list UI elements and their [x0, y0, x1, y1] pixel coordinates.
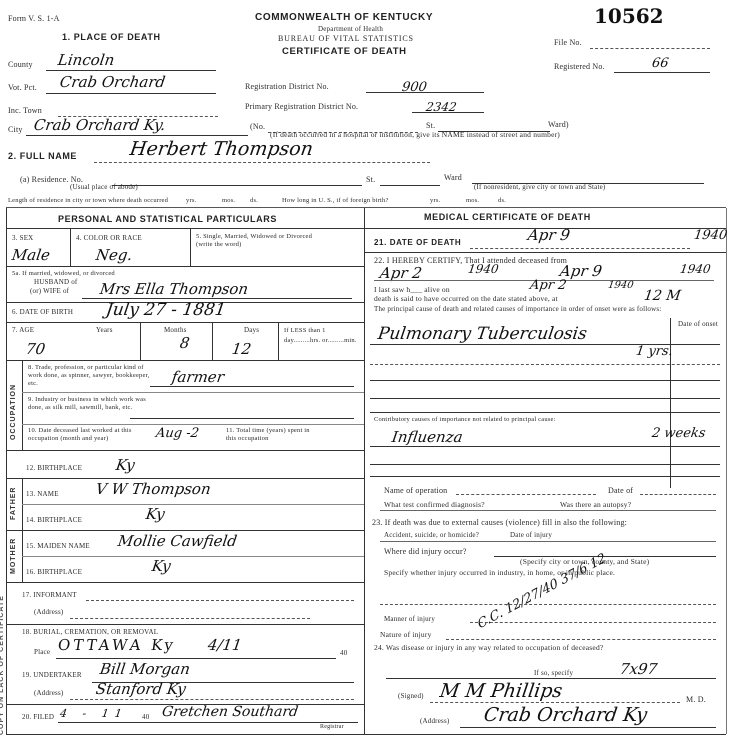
age-divider-3 [278, 322, 279, 360]
registration-district-value: 900 [401, 80, 428, 95]
length-yrs-label: yrs. [186, 197, 196, 204]
sex-label: 3. SEX [12, 234, 33, 242]
occupation-9-label: 9. Industry or business in which work wa… [28, 396, 158, 412]
occupation-8-value: farmer [171, 368, 225, 386]
spouse-label-3: (or) WIFE of [30, 287, 69, 295]
vot-pct-value: Crab Orchard [59, 73, 167, 91]
father-birthplace-value: Ky [145, 505, 166, 523]
birthplace-value: Ky [115, 456, 136, 474]
certificate-title: CERTIFICATE OF DEATH [282, 46, 407, 57]
if-so-line [386, 678, 716, 679]
mother-birthplace-value: Ky [151, 557, 172, 575]
accident-line [380, 541, 716, 542]
county-value: Lincoln [57, 51, 116, 69]
father-name-label: 13. NAME [26, 490, 59, 498]
manner-label: Manner of injury [384, 615, 435, 623]
registrar-label: Registrar [320, 724, 344, 730]
signed-label: (Signed) [398, 692, 424, 700]
burial-place-value: OTTAWA Ky [57, 636, 178, 654]
father-side-label: FATHER [10, 487, 17, 520]
row-rule-8 [6, 582, 364, 583]
row-rule-3 [6, 322, 364, 323]
age-divider-2 [212, 322, 213, 360]
file-no-field [590, 48, 710, 49]
accident-label: Accident, suicide, or homicide? [384, 531, 479, 539]
color-marital-divider [190, 228, 191, 266]
row-rule-7 [6, 530, 364, 531]
if-so-value: 7x97 [619, 660, 659, 678]
length-residence-label: Length of residence in city or town wher… [8, 197, 168, 204]
city-value: Crab Orchard Ky. [33, 116, 167, 134]
spouse-label-2: HUSBAND of [34, 278, 77, 286]
informant-label: 17. INFORMANT [22, 591, 77, 599]
length-ds-label: ds. [250, 197, 258, 204]
residence-line [112, 185, 362, 186]
occupation-11-label: 11. Total time (years) spent in this occ… [226, 427, 316, 443]
occupation-side-label: OCCUPATION [10, 384, 17, 440]
public-place-line [380, 604, 716, 605]
dob-label: 6. DATE OF BIRTH [12, 308, 73, 316]
principal-cause-label: The principal cause of death and related… [374, 305, 700, 313]
right-border [726, 208, 727, 734]
spouse-line [82, 298, 352, 299]
place-of-death-heading: 1. PLACE OF DEATH [62, 32, 161, 42]
color-value: Neg. [95, 246, 134, 264]
personal-section-title: PERSONAL AND STATISTICAL PARTICULARS [58, 214, 277, 224]
confirmed-label: What test confirmed diagnosis? [384, 500, 485, 509]
medical-rule-1 [364, 252, 726, 253]
certificate-number: 10562 [594, 4, 664, 28]
physician-address-label: (Address) [420, 717, 449, 725]
contributory-label: Contributory causes of importance not re… [374, 416, 654, 424]
us-ds-label: ds. [498, 197, 506, 204]
attended-to-year: 1940 [679, 262, 712, 276]
residence-nonresident-note: (If nonresident, give city or town and S… [474, 183, 605, 191]
residence-st-line [380, 185, 440, 186]
occupation-side-divider [22, 360, 23, 450]
bureau-name: BUREAU OF VITAL STATISTICS [278, 34, 414, 43]
filed-value: 4 - 11 [59, 707, 129, 720]
burial-year: 40 [340, 649, 347, 657]
margin-note: COPY ON LACK OF CERTIFICATE [0, 595, 5, 735]
city-label: City [8, 125, 23, 134]
primary-registration-value: 2342 [425, 100, 458, 114]
occupation-related-label: 24. Was disease or injury in any way rel… [374, 643, 603, 652]
father-name-value: V W Thompson [95, 480, 212, 498]
center-divider [364, 208, 365, 734]
occupation-8-line [150, 386, 354, 387]
occupation-rule-2 [22, 424, 364, 425]
confirmed-line [380, 510, 716, 511]
sex-color-divider [70, 228, 71, 266]
cause-line-4 [370, 398, 720, 399]
father-rule [22, 504, 364, 505]
left-border [6, 208, 7, 734]
if-so-label: If so, specify [534, 669, 573, 677]
age-months-label: Months [164, 326, 187, 334]
undertaker-address-line [70, 699, 354, 700]
residence-st-label: St. [366, 175, 375, 184]
undertaker-value: Bill Morgan [99, 660, 191, 678]
mother-maiden-value: Mollie Cawfield [117, 532, 238, 550]
cause-line-2 [370, 364, 720, 365]
informant-address-line [70, 618, 310, 619]
registration-district-label: Registration District No. [245, 82, 329, 91]
age-years-label: Years [96, 326, 113, 334]
cause-line-3 [370, 380, 720, 381]
contributory-line-2 [370, 464, 720, 465]
city-line [26, 135, 248, 136]
filed-line [58, 722, 358, 723]
signed-value: M M Phillips [438, 680, 563, 702]
burial-date-value: 4/11 [207, 636, 243, 654]
death-time-value: 12 M [643, 288, 682, 304]
ward-label: Ward) [548, 120, 569, 129]
date-of-onset-label: Date of onset [676, 320, 720, 328]
occupation-9-line [130, 418, 354, 419]
manner-line [470, 622, 716, 623]
contributory-line-1 [370, 446, 720, 447]
contributory-line-3 [370, 476, 720, 477]
us-yrs-label: yrs. [430, 197, 440, 204]
attended-from-year: 1940 [467, 262, 500, 276]
age-days-label: Days [244, 326, 259, 334]
age-years-value: 70 [25, 340, 47, 358]
registered-no-label: Registered No. [554, 62, 605, 71]
occupation-10-value: Aug -2 [155, 426, 200, 441]
spouse-label-1: 5a. If married, widowed, or divorced [12, 270, 115, 277]
primary-registration-label: Primary Registration District No. [245, 102, 358, 111]
onset-line-1 [670, 344, 720, 345]
marital-label: 5. Single, Married, Widowed or Divorced … [196, 233, 316, 249]
where-injury-label: Where did injury occur? [384, 547, 467, 556]
registered-no-line [614, 72, 710, 73]
occupation-8-label: 8. Trade, profession, or particular kind… [28, 364, 158, 388]
commonwealth-title: COMMONWEALTH OF KENTUCKY [255, 12, 433, 23]
form-number: Form V. S. 1-A [8, 14, 60, 23]
mother-maiden-label: 15. MAIDEN NAME [26, 542, 90, 550]
mother-birthplace-label: 16. BIRTHPLACE [26, 568, 82, 576]
county-label: County [8, 60, 33, 69]
department-name: Department of Health [318, 25, 383, 33]
mother-side-label: MOTHER [10, 538, 17, 574]
personal-title-rule [6, 228, 364, 229]
autopsy-label: Was there an autopsy? [560, 500, 631, 509]
row-rule-9 [6, 624, 364, 625]
length-mos-label: mos. [222, 197, 235, 204]
spouse-value: Mrs Ella Thompson [99, 280, 250, 298]
operation-line [456, 494, 596, 495]
father-birthplace-label: 14. BIRTHPLACE [26, 516, 82, 524]
full-name-value: Herbert Thompson [128, 138, 314, 160]
dob-value: July 27 - 1881 [105, 300, 227, 320]
contributory-onset: 2 weeks [651, 426, 707, 441]
residence-ward-label: Ward [444, 173, 462, 182]
row-rule-5 [6, 450, 364, 451]
full-name-label: 2. FULL NAME [8, 151, 77, 161]
age-label: 7. AGE [12, 326, 34, 334]
mother-rule [22, 556, 364, 557]
vot-pct-label: Vot. Pct. [8, 83, 37, 92]
registrar-signature: Gretchen Southard [161, 704, 299, 720]
medical-section-title: MEDICAL CERTIFICATE OF DEATH [424, 212, 591, 222]
nature-label: Nature of injury [380, 630, 432, 639]
principal-cause-onset: 1 yrs. [635, 344, 674, 359]
us-mos-label: mos. [466, 197, 479, 204]
operation-date-line [640, 494, 716, 495]
physician-address-line [460, 727, 716, 728]
bottom-border [6, 734, 726, 735]
less-than-day-label: If LESS than 1 day.........hrs. or......… [284, 326, 360, 346]
row-rule-6 [6, 478, 364, 479]
operation-date-label: Date of [608, 486, 633, 495]
burial-label: 18. BURIAL, CREMATION, OR REMOVAL [22, 628, 158, 636]
death-said-label: death is said to have occurred on the da… [374, 294, 636, 303]
age-divider-1 [140, 322, 141, 360]
street-label: St. [426, 121, 435, 130]
last-saw-label: I last saw h___ alive on [374, 285, 450, 294]
contributory-value: Influenza [391, 428, 464, 446]
age-months-value: 8 [179, 334, 191, 352]
vot-pct-line [46, 93, 216, 94]
principal-cause-value: Pulmonary Tuberculosis [377, 324, 589, 344]
county-line [46, 70, 216, 71]
undertaker-label: 19. UNDERTAKER [22, 671, 82, 679]
burial-line [56, 658, 336, 659]
full-name-line [94, 162, 430, 163]
registered-no-value: 66 [651, 56, 670, 71]
date-of-death-line [470, 248, 690, 249]
filed-label: 20. FILED [22, 713, 54, 721]
undertaker-address-value: Stanford Ky [95, 680, 187, 698]
nature-line [446, 639, 716, 640]
file-no-label: File No. [554, 38, 582, 47]
inc-town-label: Inc. Town [8, 106, 42, 115]
last-saw-value: Apr 2 [529, 278, 567, 293]
street-no-label: (No. [250, 122, 265, 131]
sex-value: Male [11, 246, 52, 264]
last-saw-year: 1940 [607, 280, 634, 291]
burial-place-label: Place [34, 648, 50, 656]
residence-divider [6, 207, 726, 208]
signed-line [430, 702, 680, 703]
date-of-death-year: 1940 [693, 228, 728, 243]
specify-label: Specify whether injury occurred in indus… [384, 568, 714, 577]
external-causes-label: 23. If death was due to external causes … [372, 518, 627, 527]
informant-address-label: (Address) [34, 608, 63, 616]
date-of-death-label: 21. DATE OF DEATH [374, 238, 461, 247]
date-of-death-value: Apr 9 [527, 226, 571, 244]
md-label: M. D. [686, 695, 706, 704]
occupation-10-label: 10. Date deceased last worked at this oc… [28, 427, 154, 443]
row-rule-4 [6, 360, 364, 361]
filed-year: 40 [142, 713, 149, 721]
birthplace-label: 12. BIRTHPLACE [26, 464, 82, 472]
age-days-value: 12 [231, 340, 253, 358]
cause-line-1 [370, 344, 670, 345]
color-label: 4. COLOR OR RACE [76, 234, 142, 242]
residence-sub: (Usual place of abode) [70, 183, 138, 191]
undertaker-address-label: (Address) [34, 689, 63, 697]
physician-address-value: Crab Orchard Ky [482, 704, 648, 726]
occupation-rule-1 [22, 392, 364, 393]
operation-label: Name of operation [384, 486, 447, 495]
how-long-us-label: How long in U. S., if of foreign birth? [282, 197, 389, 204]
row-rule-1 [6, 266, 364, 267]
cause-line-5 [370, 412, 720, 413]
informant-line [86, 600, 354, 601]
date-injury-label: Date of injury [510, 531, 552, 539]
